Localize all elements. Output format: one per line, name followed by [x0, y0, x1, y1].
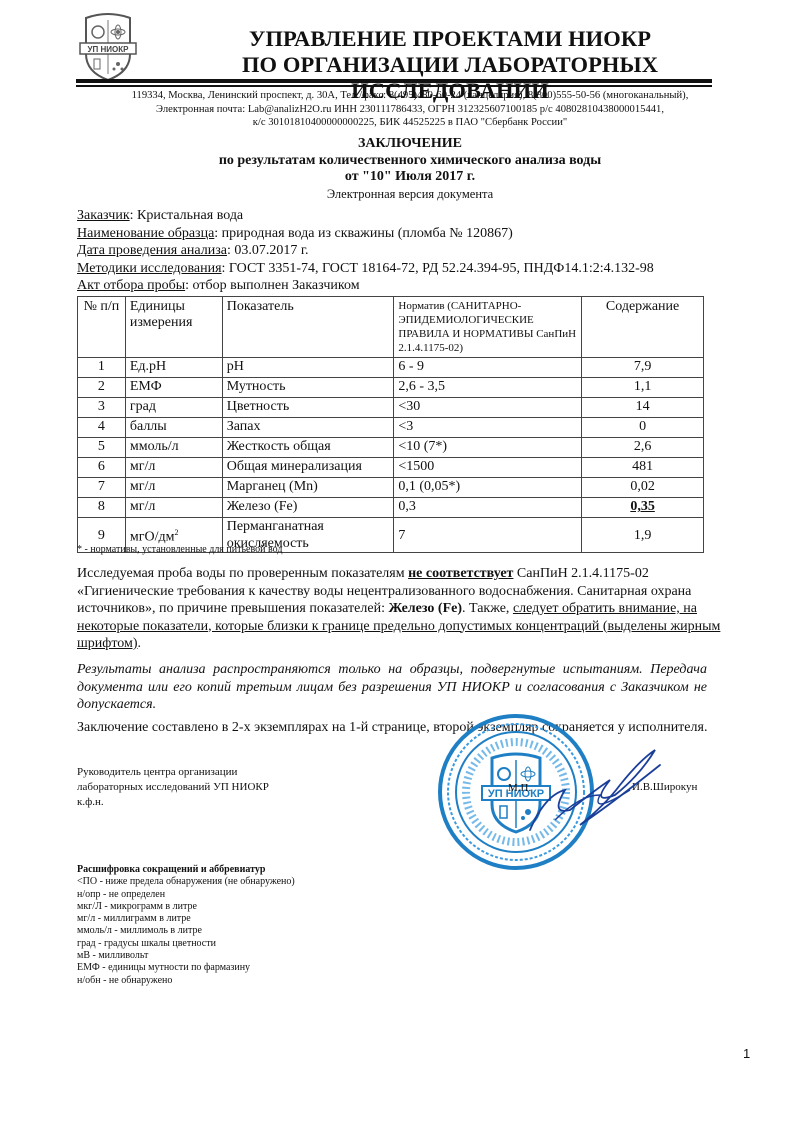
row-norm: <30 [394, 398, 582, 418]
methods-line: Методики исследования: ГОСТ 3351-74, ГОС… [77, 260, 737, 278]
row-indicator-text: Цветность [227, 399, 290, 414]
contacts-line3: к/с 30101810400000000225, БИК 44525225 в… [70, 116, 750, 130]
row-content-text: 481 [632, 459, 653, 474]
row-content: 0,02 [582, 478, 704, 498]
row-num: 8 [78, 498, 126, 518]
row-units: мг/л [125, 498, 222, 518]
row-units: мг/л [125, 458, 222, 478]
row-content: 1,9 [582, 518, 704, 553]
row-units-text: Ед.pH [130, 359, 166, 374]
abbreviation-item: <ПО - ниже предела обнаружения (не обнар… [77, 876, 295, 888]
row-units: баллы [125, 418, 222, 438]
page-number: 1 [743, 1046, 750, 1061]
row-content: 7,9 [582, 358, 704, 378]
table-row: 3градЦветность<3014 [78, 398, 704, 418]
analysis-date-line: Дата проведения анализа: 03.07.2017 г. [77, 242, 737, 260]
row-indicator-text: Железо (Fe) [227, 499, 298, 514]
table-row: 6мг/лОбщая минерализация<1500481 [78, 458, 704, 478]
abbreviation-item: град - градусы шкалы цветности [77, 938, 295, 950]
document-title-block: ЗАКЛЮЧЕНИЕ по результатам количественног… [70, 136, 750, 202]
table-row: 2ЕМФМутность2,6 - 3,51,1 [78, 378, 704, 398]
header-units: Единицы измерения [125, 297, 222, 358]
row-norm-text: <30 [398, 399, 420, 414]
sample-value: : природная вода из скважины (пломба № 1… [214, 226, 513, 241]
org-title-line1: УПРАВЛЕНИЕ ПРОЕКТАМИ НИОКР [150, 26, 750, 52]
sampling-act-value: : отбор выполнен Заказчиком [185, 278, 359, 293]
document-date: от "10" Июля 2017 г. [70, 169, 750, 186]
table-row: 1Ед.pHpH6 - 97,9 [78, 358, 704, 378]
customer-line: Заказчик: Кристальная вода [77, 207, 737, 225]
conclusion-verdict: не соответствует [408, 566, 513, 581]
abbreviations-block: Расшифровка сокращений и аббревиатур <ПО… [77, 864, 295, 987]
header-rule-thin [76, 85, 712, 87]
row-num-text: 1 [98, 359, 105, 374]
row-content: 1,1 [582, 378, 704, 398]
sample-label: Наименование образца [77, 226, 214, 241]
abbreviation-item: ЕМФ - единицы мутности по фармазину [77, 962, 295, 974]
row-units-text: баллы [130, 419, 167, 434]
table-row: 4баллыЗапах<30 [78, 418, 704, 438]
analysis-date-label: Дата проведения анализа [77, 243, 227, 258]
abbreviation-item: н/обн - не обнаружено [77, 975, 295, 987]
row-norm-text: <3 [398, 419, 413, 434]
analysis-date-value: : 03.07.2017 г. [227, 243, 309, 258]
customer-value: : Кристальная вода [130, 208, 244, 223]
customer-label: Заказчик [77, 208, 130, 223]
row-num-text: 7 [98, 479, 105, 494]
header-norm: Норматив (САНИТАРНО-ЭПИДЕМИОЛОГИЧЕСКИЕ П… [394, 297, 582, 358]
handwritten-signature [520, 735, 670, 845]
row-norm-text: 6 - 9 [398, 359, 424, 374]
row-units-text: мг/л [130, 459, 155, 474]
row-num-text: 9 [98, 528, 105, 543]
header-rule-thick [76, 79, 712, 83]
signer-position: Руководитель центра организации лаборато… [77, 765, 269, 810]
signer-position-line3: к.ф.н. [77, 795, 269, 810]
row-indicator-text: Запах [227, 419, 261, 434]
abbreviation-item: н/опр - не определен [77, 889, 295, 901]
row-indicator-text: Общая минерализация [227, 459, 362, 474]
row-content-text: 0 [639, 419, 646, 434]
contacts-line2: Электронная почта: Lab@analizH2O.ru ИНН … [70, 103, 750, 117]
row-units-text: ЕМФ [130, 379, 162, 394]
row-content-text: 1,9 [634, 528, 652, 543]
row-units: ЕМФ [125, 378, 222, 398]
row-content-text: 7,9 [634, 359, 652, 374]
row-units-text: мг/л [130, 479, 155, 494]
signer-position-line1: Руководитель центра организации [77, 765, 269, 780]
row-indicator: Марганец (Mn) [222, 478, 394, 498]
row-norm-text: <10 (7*) [398, 439, 447, 454]
row-num: 6 [78, 458, 126, 478]
row-indicator: Жесткость общая [222, 438, 394, 458]
document-heading: ЗАКЛЮЧЕНИЕ [70, 136, 750, 153]
row-content-text: 0,02 [630, 479, 655, 494]
abbreviation-item: мкг/Л - микрограмм в литре [77, 901, 295, 913]
row-norm-text: <1500 [398, 459, 434, 474]
row-indicator-text: Жесткость общая [227, 439, 331, 454]
row-indicator-text: pH [227, 359, 244, 374]
row-norm: 0,3 [394, 498, 582, 518]
abbreviations-list: <ПО - ниже предела обнаружения (не обнар… [77, 876, 295, 987]
row-num: 5 [78, 438, 126, 458]
row-num-text: 8 [98, 499, 105, 514]
row-units: ммоль/л [125, 438, 222, 458]
row-norm-text: 7 [398, 528, 405, 543]
table-row: 7мг/лМарганец (Mn)0,1 (0,05*)0,02 [78, 478, 704, 498]
row-num: 3 [78, 398, 126, 418]
sampling-act-line: Акт отбора пробы: отбор выполнен Заказчи… [77, 277, 737, 295]
copies-note: Заключение составлено в 2-х экземплярах … [77, 719, 757, 736]
abbreviation-item: мВ - милливольт [77, 950, 295, 962]
row-units: Ед.pH [125, 358, 222, 378]
row-num-text: 4 [98, 419, 105, 434]
row-num-text: 5 [98, 439, 105, 454]
organization-logo: УП НИОКР [78, 12, 138, 82]
row-num-text: 6 [98, 459, 105, 474]
row-norm: 7 [394, 518, 582, 553]
table-row: 8мг/лЖелезо (Fe)0,30,35 [78, 498, 704, 518]
sampling-act-label: Акт отбора пробы [77, 278, 185, 293]
conclusion-part1: Исследуемая проба воды по проверенным по… [77, 566, 408, 581]
methods-value: : ГОСТ 3351-74, ГОСТ 18164-72, РД 52.24.… [222, 261, 654, 276]
row-indicator: pH [222, 358, 394, 378]
abbreviations-title: Расшифровка сокращений и аббревиатур [77, 864, 295, 876]
sample-info: Заказчик: Кристальная вода Наименование … [77, 207, 737, 295]
row-norm: <3 [394, 418, 582, 438]
contacts-block: 119334, Москва, Ленинский проспект, д. 3… [70, 89, 750, 130]
abbreviation-item: ммоль/л - миллимоль в литре [77, 925, 295, 937]
row-norm: <1500 [394, 458, 582, 478]
contacts-line1: 119334, Москва, Ленинский проспект, д. 3… [70, 89, 750, 103]
row-num-text: 3 [98, 399, 105, 414]
row-num: 2 [78, 378, 126, 398]
row-num-text: 2 [98, 379, 105, 394]
row-units-text: град [130, 399, 156, 414]
conclusion-text: Исследуемая проба воды по проверенным по… [77, 565, 727, 653]
row-content: 0,35 [582, 498, 704, 518]
row-norm-text: 2,6 - 3,5 [398, 379, 445, 394]
row-indicator: Запах [222, 418, 394, 438]
conclusion-exceeded: Железо (Fe) [388, 601, 462, 616]
disclaimer-text: Результаты анализа распространяются толь… [77, 661, 707, 714]
row-norm: 2,6 - 3,5 [394, 378, 582, 398]
row-norm-text: 0,1 (0,05*) [398, 479, 460, 494]
row-num: 1 [78, 358, 126, 378]
row-units: град [125, 398, 222, 418]
row-indicator-text: Мутность [227, 379, 286, 394]
header-content: Содержание [582, 297, 704, 358]
row-num: 4 [78, 418, 126, 438]
row-content: 0 [582, 418, 704, 438]
row-norm-text: 0,3 [398, 499, 416, 514]
row-norm: 0,1 (0,05*) [394, 478, 582, 498]
row-content: 2,6 [582, 438, 704, 458]
row-norm: <10 (7*) [394, 438, 582, 458]
table-footnote: * - нормативы, установленные для питьево… [77, 544, 282, 555]
row-indicator-text: Марганец (Mn) [227, 479, 318, 494]
row-indicator: Цветность [222, 398, 394, 418]
logo-label: УП НИОКР [88, 45, 130, 54]
row-content-text: 14 [636, 399, 650, 414]
row-content: 481 [582, 458, 704, 478]
row-units-text: ммоль/л [130, 439, 179, 454]
row-units: мг/л [125, 478, 222, 498]
row-content-text: 1,1 [634, 379, 652, 394]
row-indicator: Железо (Fe) [222, 498, 394, 518]
row-indicator: Общая минерализация [222, 458, 394, 478]
document-subheading: по результатам количественного химическо… [70, 153, 750, 170]
header-num: № п/п [78, 297, 126, 358]
abbreviation-item: мг/л - миллиграмм в литре [77, 913, 295, 925]
signer-position-line2: лабораторных исследований УП НИОКР [77, 780, 269, 795]
row-content: 14 [582, 398, 704, 418]
units-superscript: 2 [174, 528, 178, 537]
row-units-text: мгО/дм [130, 530, 175, 545]
sample-line: Наименование образца: природная вода из … [77, 225, 737, 243]
row-norm: 6 - 9 [394, 358, 582, 378]
row-indicator: Мутность [222, 378, 394, 398]
row-content-text: 2,6 [634, 439, 652, 454]
methods-label: Методики исследования [77, 261, 222, 276]
conclusion-part3: . Также, [462, 601, 513, 616]
row-content-text: 0,35 [630, 499, 655, 514]
document-version: Электронная версия документа [70, 186, 750, 203]
table-header-row: № п/п Единицы измерения Показатель Норма… [78, 297, 704, 358]
conclusion-part4: . [138, 636, 142, 651]
table-row: 5ммоль/лЖесткость общая<10 (7*)2,6 [78, 438, 704, 458]
results-table: № п/п Единицы измерения Показатель Норма… [77, 296, 704, 553]
row-num: 7 [78, 478, 126, 498]
header-indicator: Показатель [222, 297, 394, 358]
row-units-text: мг/л [130, 499, 155, 514]
